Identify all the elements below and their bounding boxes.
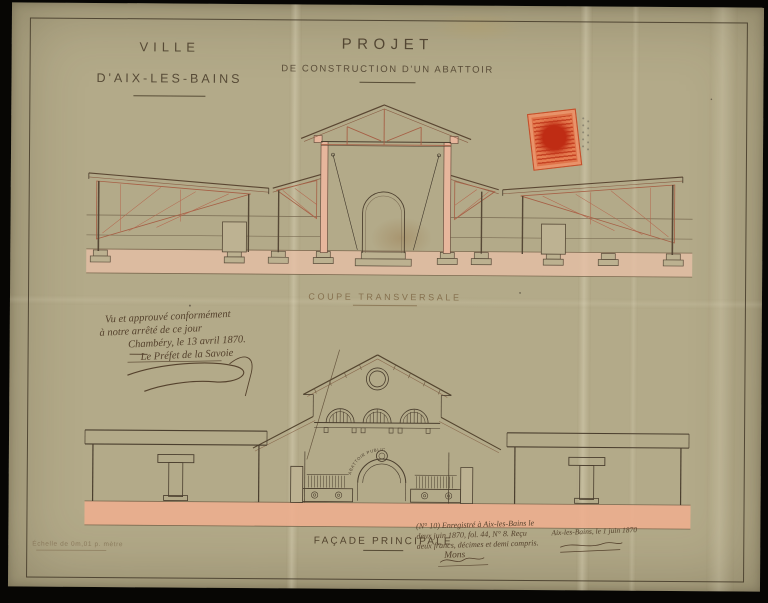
city-label: VILLE D'AIX-LES-BAINS — [49, 39, 289, 98]
coupe-caption: COUPE TRANSVERSALE — [305, 291, 465, 306]
prefect-approval-note: Vu et approuvé conformément à notre arrê… — [105, 304, 317, 365]
project-title: PROJET DE CONSTRUCTION D'UN ABATTOIR — [267, 35, 507, 84]
title-line-2: DE CONSTRUCTION D'UN ABATTOIR — [268, 63, 508, 76]
yard-pillar — [541, 224, 565, 254]
coupe-caption-text: COUPE TRANSVERSALE — [305, 291, 465, 302]
coupe-shed-near-right — [450, 175, 499, 253]
registrar-signature-underline — [438, 564, 488, 566]
technical-drawing-facade: ABATTOIR PUBLIC — [84, 353, 691, 529]
stamp-cancellation-dots — [582, 117, 589, 150]
coupe-shed-far-right — [502, 176, 683, 255]
technical-drawing-coupe — [86, 103, 693, 277]
prefect-signature — [127, 362, 243, 392]
title-line-1: PROJET — [268, 35, 508, 54]
facade-left-wing — [85, 430, 267, 502]
gate-railings — [291, 466, 473, 503]
registrar-signature-name: Mons — [444, 550, 465, 561]
yard-pillar — [222, 222, 246, 252]
coupe-shed-near-left — [272, 174, 321, 252]
pedestal-fountain — [158, 454, 194, 500]
facade-right-wing — [507, 433, 689, 505]
lunette-windows — [326, 409, 428, 424]
scanned-plan-background: ABATTOIR PUBLIC — [0, 0, 768, 603]
city-line-1: VILLE — [50, 39, 290, 56]
entrance-arch: ABATTOIR PUBLIC — [347, 447, 414, 502]
tie-rods — [331, 153, 441, 250]
paper-sheet: ABATTOIR PUBLIC — [8, 2, 764, 591]
facade-central-pavilion: ABATTOIR PUBLIC — [253, 354, 502, 504]
roof-truss — [321, 109, 451, 146]
scale-note: Échelle de 0m,01 p. mètre — [32, 541, 172, 552]
revenue-stamp-pattern — [533, 115, 577, 164]
arched-doorway — [362, 192, 404, 253]
mayor-signature-underline — [560, 549, 620, 552]
revenue-stamp-icon — [527, 109, 582, 171]
pedestal-fountain — [569, 457, 605, 503]
coupe-central-hall — [300, 104, 471, 253]
city-line-2: D'AIX-LES-BAINS — [49, 71, 289, 87]
signature-tail — [307, 349, 340, 459]
scale-note-text: Échelle de 0m,01 p. mètre — [32, 541, 172, 549]
